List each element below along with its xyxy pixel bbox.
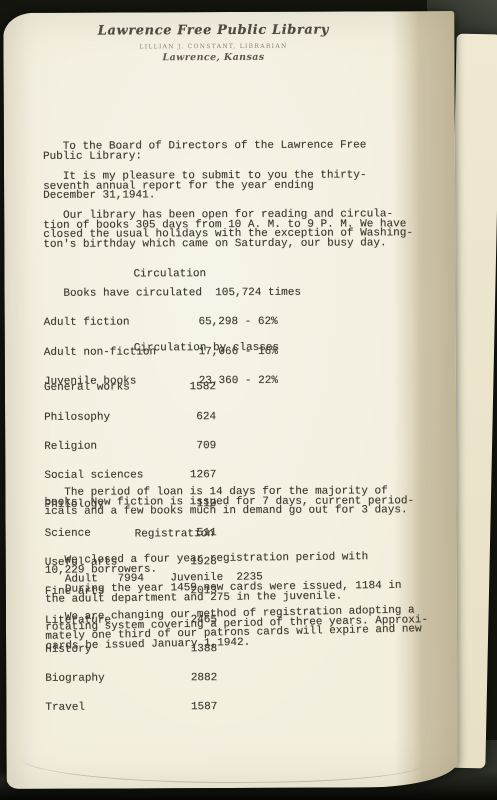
section-heading-circulation: Circulation xyxy=(133,270,206,280)
row-label: Religion xyxy=(44,442,97,452)
row-label: Adult fiction xyxy=(44,319,199,329)
row-label: General works xyxy=(44,384,130,394)
table-row: Travel 1587 xyxy=(45,703,217,713)
row-value: 65,298 - 62% xyxy=(198,318,277,328)
row-label: Social sciences xyxy=(44,471,143,481)
row-label: Science xyxy=(45,529,91,539)
row-value: 1582 xyxy=(172,383,216,393)
pleasure-paragraph: It is my pleasure to submit to you the t… xyxy=(43,171,367,202)
section-heading-registration: Registration xyxy=(135,530,214,540)
section-heading-circulation-by-classes: Circulation by classes xyxy=(134,344,279,354)
table-row: Social sciences 1267 xyxy=(44,471,216,481)
table-row: Biography 2882 xyxy=(45,674,217,684)
table-row: Philosophy 624 xyxy=(44,413,216,423)
registration-paragraph: We closed a four year registration perio… xyxy=(45,553,402,606)
classes-table: General works 1582 Philosophy 624 Religi… xyxy=(44,364,218,733)
letterhead-library-name: Lawrence Free Public Library xyxy=(3,22,423,39)
table-row: Adult fiction 65,298 - 62% xyxy=(44,318,278,329)
row-value: 1267 xyxy=(172,471,216,481)
table-row: General works 1582 xyxy=(44,383,216,393)
document-page: Lawrence Free Public Library LILLIAN J. … xyxy=(3,11,457,789)
salutation-paragraph: To the Board of Directors of the Lawrenc… xyxy=(43,141,367,162)
open-hours-paragraph: Our library has been open for reading an… xyxy=(43,210,413,250)
row-value: 709 xyxy=(172,442,216,452)
table-row: Religion 709 xyxy=(44,442,216,452)
row-value: 624 xyxy=(172,413,216,423)
row-label: Biography xyxy=(45,675,104,685)
scanned-library-report-photo: { "letterhead": { "library_name": "Lawre… xyxy=(0,0,497,800)
row-label: Philosophy xyxy=(44,413,110,423)
letterhead-librarian-line: LILLIAN J. CONSTANT, LIBRARIAN xyxy=(3,42,423,51)
loan-period-paragraph: The period of loan is 14 days for the ma… xyxy=(44,487,414,518)
letterhead-city-line: Lawrence, Kansas xyxy=(3,51,423,64)
row-value: 2882 xyxy=(173,674,217,684)
row-value: 1587 xyxy=(173,703,217,713)
rotating-system-paragraph: We are changing our method of registrati… xyxy=(45,606,429,652)
row-label: Travel xyxy=(45,704,85,714)
